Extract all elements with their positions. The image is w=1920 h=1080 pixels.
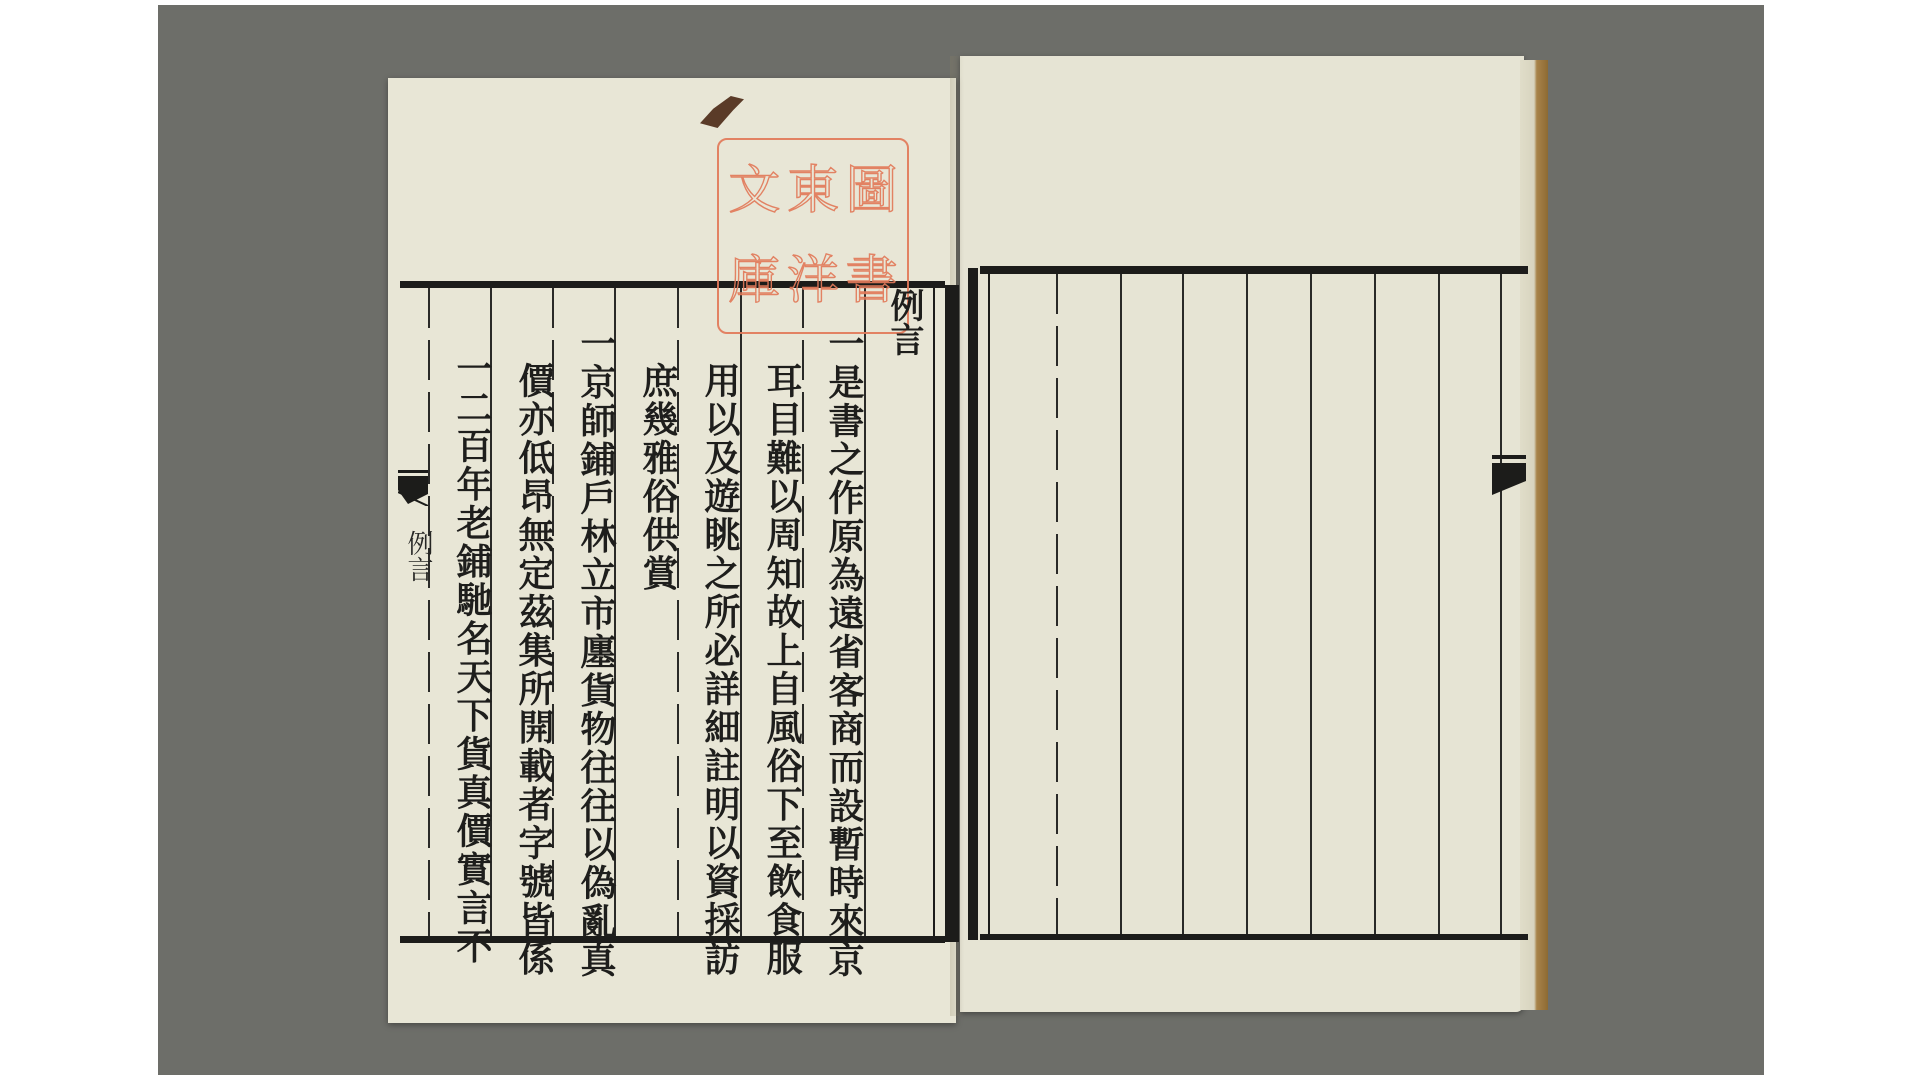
text-column-4: 庶幾雅俗供賞 xyxy=(636,362,680,593)
column-rule xyxy=(1310,274,1312,934)
seal-glyph: 圖 xyxy=(842,146,901,236)
seal-glyph: 洋 xyxy=(784,236,843,326)
text-column-6: 價亦低昂無定茲集所開載者字號皆係 xyxy=(512,362,556,978)
fishtail-mark-icon xyxy=(1492,455,1526,495)
column-rule xyxy=(1246,274,1248,934)
text-column-1: 一是書之作原為遠省客商而設暫時來京 xyxy=(822,325,866,980)
seal-glyph: 庫 xyxy=(725,236,784,326)
text-column-7: 一二百年老鋪馳名天下貨真價實言不 xyxy=(450,350,494,966)
frame-border xyxy=(968,268,978,940)
column-rule xyxy=(1500,274,1502,934)
column-rule xyxy=(428,288,430,936)
right-page-frame xyxy=(980,266,1528,940)
column-rule xyxy=(1056,274,1058,934)
text-column-5: 一京師鋪戶林立市廛貨物往往以偽亂真 xyxy=(574,325,618,980)
column-rule xyxy=(1374,274,1376,934)
frame-border xyxy=(933,288,935,936)
section-heading: 例言 xyxy=(880,288,929,356)
column-rule xyxy=(1182,274,1184,934)
seal-glyph: 東 xyxy=(784,146,843,236)
text-column-3: 用以及遊眺之所必詳細註明以資採訪 xyxy=(698,362,742,978)
text-column-2: 耳目難以周知故上自風俗下至飲食服 xyxy=(760,362,804,978)
column-rule xyxy=(1438,274,1440,934)
frame-border xyxy=(988,274,990,934)
column-rule xyxy=(1120,274,1122,934)
banxin-label: 例言 xyxy=(400,530,437,582)
fishtail-mark-icon xyxy=(398,470,428,506)
frame-border xyxy=(945,285,959,942)
seal-glyph: 文 xyxy=(725,146,784,236)
